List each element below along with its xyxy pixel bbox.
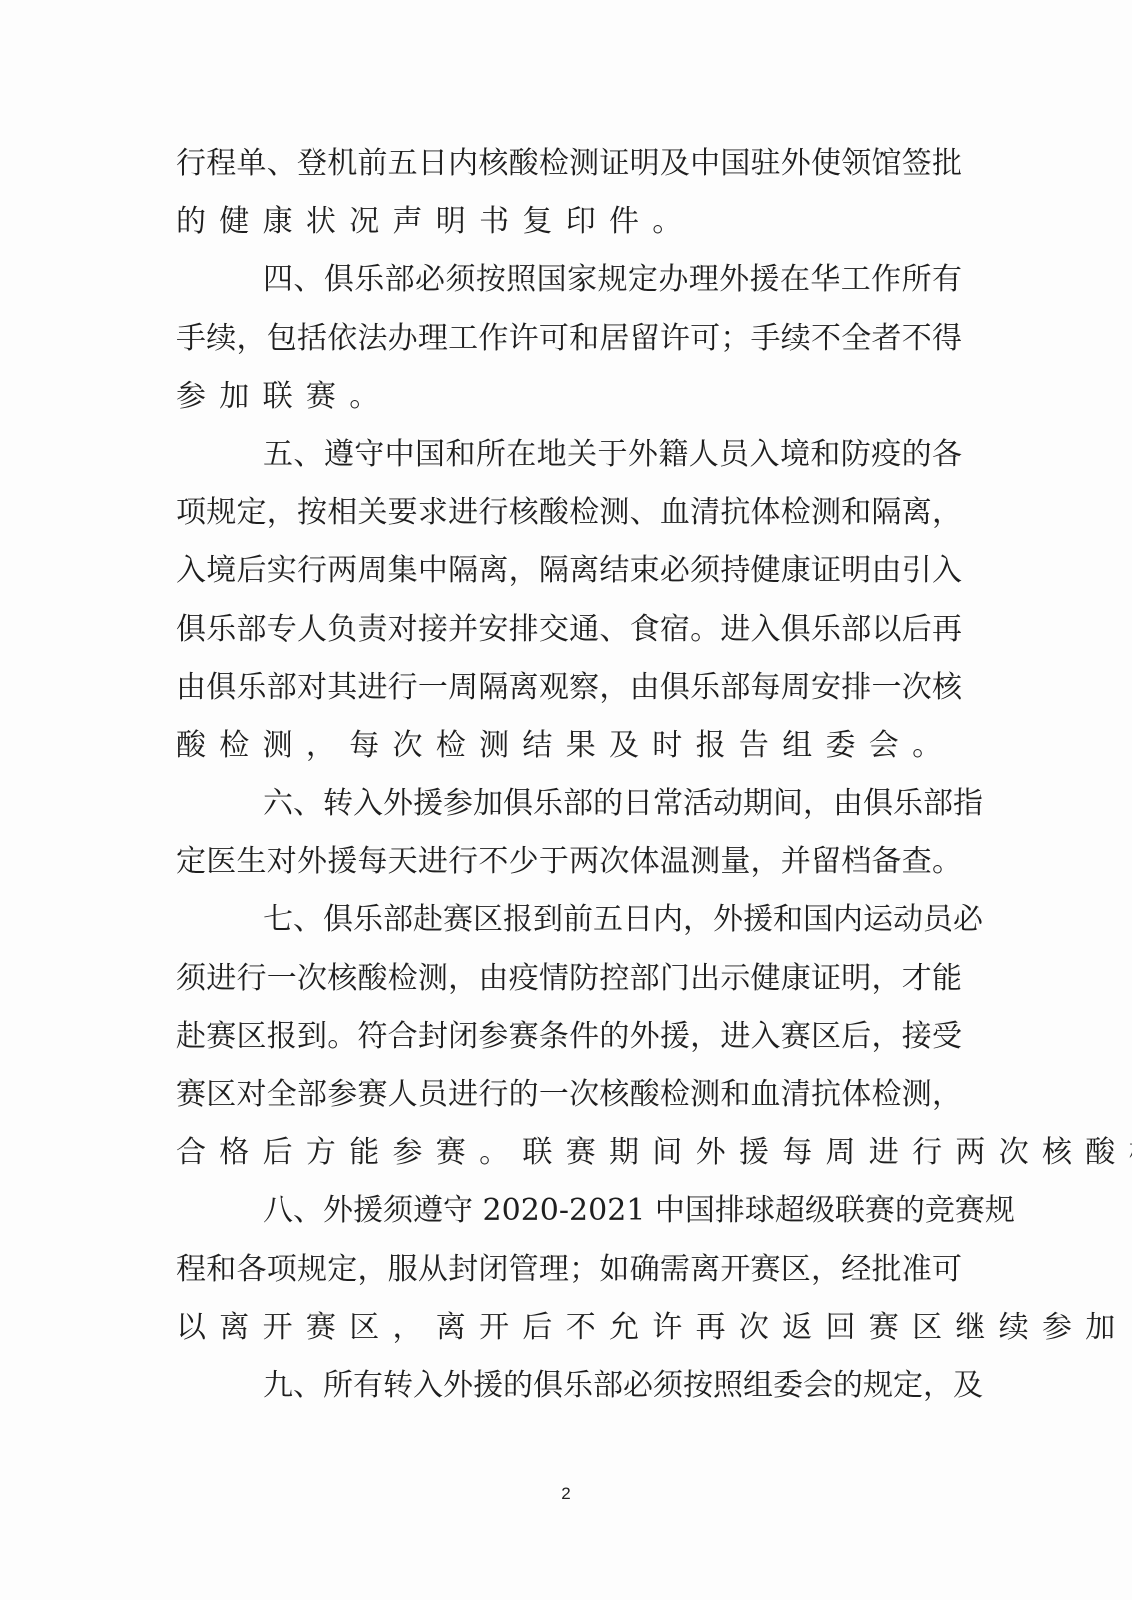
document-page: 行程单、登机前五日内核酸检测证明及中国驻外使领馆签批 的健康状况声明书复印件。 … bbox=[0, 0, 1132, 1600]
text-line: 手续，包括依法办理工作许可和居留许可；手续不全者不得 bbox=[176, 317, 962, 375]
paragraph-6-start: 六、转入外援参加俱乐部的日常活动期间，由俱乐部指 bbox=[176, 782, 962, 840]
paragraph-5-start: 五、遵守中国和所在地关于外籍人员入境和防疫的各 bbox=[176, 433, 962, 491]
text-line: 俱乐部专人负责对接并安排交通、食宿。进入俱乐部以后再 bbox=[176, 608, 962, 666]
text-line: 酸检测，每次检测结果及时报告组委会。 bbox=[176, 724, 962, 782]
paragraph-8-start: 八、外援须遵守 2020-2021 中国排球超级联赛的竞赛规 bbox=[176, 1189, 962, 1247]
text-line: 赛区对全部参赛人员进行的一次核酸检测和血清抗体检测， bbox=[176, 1073, 962, 1131]
document-body: 行程单、登机前五日内核酸检测证明及中国驻外使领馆签批 的健康状况声明书复印件。 … bbox=[176, 142, 962, 1422]
text-line: 合格后方能参赛。联赛期间外援每周进行两次核酸检测。 bbox=[176, 1131, 962, 1189]
text-line: 的健康状况声明书复印件。 bbox=[176, 200, 962, 258]
page-number: 2 bbox=[0, 1484, 1132, 1504]
text-line: 定医生对外援每天进行不少于两次体温测量，并留档备查。 bbox=[176, 840, 962, 898]
text-line: 项规定，按相关要求进行核酸检测、血清抗体检测和隔离， bbox=[176, 491, 962, 549]
text-line: 参加联赛。 bbox=[176, 375, 962, 433]
text-line: 行程单、登机前五日内核酸检测证明及中国驻外使领馆签批 bbox=[176, 142, 962, 200]
paragraph-9-start: 九、所有转入外援的俱乐部必须按照组委会的规定，及 bbox=[176, 1364, 962, 1422]
text-line: 由俱乐部对其进行一周隔离观察，由俱乐部每周安排一次核 bbox=[176, 666, 962, 724]
paragraph-4-start: 四、俱乐部必须按照国家规定办理外援在华工作所有 bbox=[176, 258, 962, 316]
text-line: 赴赛区报到。符合封闭参赛条件的外援，进入赛区后，接受 bbox=[176, 1015, 962, 1073]
paragraph-7-start: 七、俱乐部赴赛区报到前五日内，外援和国内运动员必 bbox=[176, 898, 962, 956]
text-line: 程和各项规定，服从封闭管理；如确需离开赛区，经批准可 bbox=[176, 1248, 962, 1306]
text-line: 入境后实行两周集中隔离，隔离结束必须持健康证明由引入 bbox=[176, 549, 962, 607]
text-line: 须进行一次核酸检测，由疫情防控部门出示健康证明，才能 bbox=[176, 957, 962, 1015]
text-line: 以离开赛区，离开后不允许再次返回赛区继续参加比赛。 bbox=[176, 1306, 962, 1364]
